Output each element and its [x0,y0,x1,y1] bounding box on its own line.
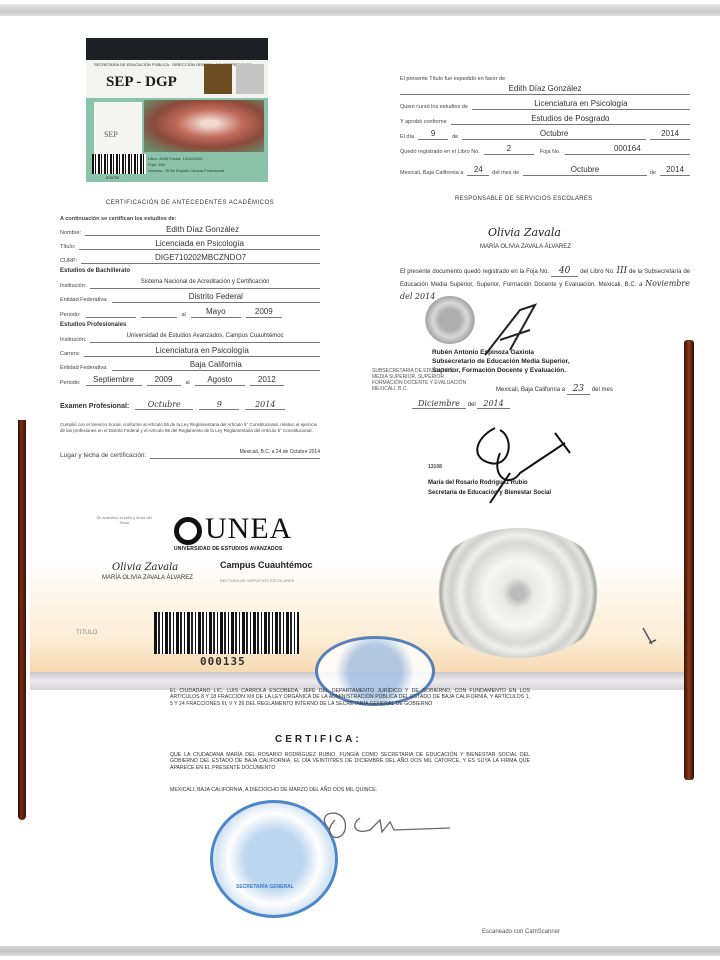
prof-to-year: 2012 [250,374,284,386]
aprobo-row: Y aprobó conforme Estudios de Posgrado [400,112,690,125]
examen-month: Octubre [135,400,193,410]
prof-institucion-row: Institución: Universidad de Estudios Ava… [60,331,320,343]
bach-to-month: Mayo [191,306,241,318]
prof-entidad-value: Baja California [112,359,320,371]
bachillerato-heading: Estudios de Bachillerato [60,268,320,274]
lugar-anio: 2014 [660,164,690,176]
prof-from-month: Septiembre [86,374,142,386]
curp-label: CURP: [60,258,77,264]
bach-from-month [86,317,136,318]
bach-entidad-value: Distrito Federal [112,291,320,303]
prof-periodo-row: Periodo: Septiembre 2009 al Agosto 2012 [60,373,320,386]
lugar-row: Mexicali, Baja California a 24 del mes d… [400,163,690,176]
lugar-row: Lugar y fecha de certificación: Mexicali… [60,445,320,459]
titulo-label: Título: [60,244,75,250]
institucion-label: Institución: [60,283,86,289]
libro-value: 2 [484,143,534,155]
carrera-row: Carrera: Licenciatura en Psicología [60,345,320,357]
servicio-social-note: Cumplió con el Servicio Social, conforme… [60,422,320,433]
bach-entidad-row: Entidad Federativa: Distrito Federal [60,291,320,303]
aprobo-value: Estudios de Posgrado [451,113,690,125]
barcode-icon [154,612,299,654]
registro-foja: 40 [551,266,578,277]
secretaria-name: María del Rosario Rodríguez Rubio [428,478,551,488]
entidad-label: Entidad Federativa: [60,297,108,303]
sep-dgp-label: SECRETARÍA DE EDUCACIÓN PÚBLICA · DIRECC… [86,38,268,182]
expedido-row: Edith Díaz González [400,82,690,95]
responsable-name: MARÍA OLIVIA ZAVALA ÁLVAREZ [480,244,571,250]
registro-text: Mexicali, B.C. a [599,282,643,288]
prof-entidad-row: Entidad Federativa: Baja California [60,359,320,371]
lugar-label: Lugar y fecha de certificación: [60,452,146,459]
registro-text: del Libro No. [580,269,614,275]
sep-title: SEP - DGP [106,74,177,91]
unea-wordmark: UNEA [205,512,292,546]
apostille-body: Que la ciudadana María del Rosario Rodrí… [170,752,530,771]
examen-label: Examen Profesional: [60,403,129,410]
curp-row: CURP: DIGE710202MBCZNDO7 [60,252,320,264]
sep-info-line: Número: 78 Se Expidió Cédula Profesional [148,168,264,174]
examen-row: Examen Profesional: Octubre 9 2014 [60,396,320,410]
subsecretario-title: Subsecretario de Educación Media Superio… [432,357,570,366]
prof-institucion-value: Universidad de Estudios Avanzados, Campu… [90,331,320,343]
titulo-label: TITULO [76,630,97,636]
bach-periodo-row: Periodo: al Mayo 2009 [60,305,320,318]
prof-from-year: 2009 [147,374,181,386]
viewer-frame-bottom [0,946,720,956]
secretaria-block: María del Rosario Rodríguez Rubio Secret… [428,478,551,498]
sep-black-strip [86,38,268,60]
carrera-value: Licenciatura en Psicología [84,345,320,357]
foja-value: 000164 [565,143,690,155]
libro-row: Quedó registrado en el Libro No. 2 Foja … [400,142,690,155]
autorizacion-date-2: Diciembre del 2014 [412,398,720,411]
mural-image [144,100,264,152]
unea-flower-icon [174,517,202,545]
estudios-value: Licenciatura en Psicología [472,98,690,110]
entidad-label: Entidad Federativa: [60,365,108,371]
seal-text: SECRETARÍA GENERAL [236,884,294,890]
sep-logo-text: SEP [104,130,118,139]
nombre-value: Edith Díaz González [85,224,320,236]
lugar-anio-label: de [650,170,656,176]
apostille-closing: Mexicali, Baja California, a dieciocho d… [170,787,377,793]
lugar-value: Mexicali, B.C. a 24 de Octubre 2014 [150,447,320,459]
lugar-mes: Octubre [523,164,647,176]
unea-signer-role: RECTORA DE SERVICIOS ESCOLARES [220,578,294,583]
subsecretaria-stamp: SUBSECRETARÍA DE EDUCACIÓN MEDIA SUPERIO… [372,368,466,392]
titulo-row: Título: Licenciada en Psicología [60,238,320,250]
autorizacion-mes: Diciembre [412,399,466,409]
lugar-label: Mexicali, Baja California a [400,170,463,176]
nombre-label: Nombre: [60,230,81,236]
campus-name: Campus Cuauhtémoc [220,560,313,570]
embossed-seal-icon [428,528,608,658]
periodo-sep: al [186,380,190,386]
certification-heading: CERTIFICACIÓN DE ANTECEDENTES ACADÉMICOS [60,200,320,206]
pen-mark-icon [640,626,660,648]
hologram-icon [204,64,232,94]
responsable-heading: RESPONSABLE DE SERVICIOS ESCOLARES [455,196,592,202]
certification-intro: A continuación se certifican los estudio… [60,216,320,222]
unea-signer: MARÍA OLIVIA ZAVALA ÁLVAREZ [102,575,193,581]
lugar-mes-label: del mes de [492,170,519,176]
registro-text: El presente documento quedó registrado e… [400,269,549,275]
signature-jefe [290,800,460,850]
estudios-label: Quien cursó los estudios de [400,104,468,110]
dia-label: El día [400,134,414,140]
expedido-value: Edith Díaz González [400,83,690,95]
stamp-line: MEXICALI, B.C. [372,386,466,392]
anio-value: 2014 [650,128,690,140]
autorizacion-date: Mexicali, Baja California a 23 del mes [496,384,720,396]
autorizacion-dia: 23 [567,384,590,395]
foja-label: Foja No. [540,149,561,155]
apostille-intro: El ciudadano Lic. Luis Carrola Escobeda,… [170,688,530,707]
sep-barcode-number: 976792 [106,175,119,180]
autorizacion-anio: 2014 [477,399,509,409]
de-label: de [452,134,458,140]
bach-institucion-value: Sistema Nacional de Acreditación y Certi… [90,277,320,289]
estudios-row: Quien cursó los estudios de Licenciatura… [400,97,690,110]
curp-value: DIGE710202MBCZNDO7 [81,252,320,264]
nombre-row: Nombre: Edith Díaz González [60,224,320,236]
bach-to-year: 2009 [246,306,282,318]
hologram-icon [236,64,264,94]
fecha-row: El día 9 de Octubre 2014 [400,127,690,140]
periodo-label: Periodo: [60,312,81,318]
autorizacion-text: Mexicali, Baja California a [496,387,565,393]
lugar-dia: 24 [467,164,489,176]
national-seal-icon [425,296,475,344]
scan-credit: Escaneado con CamScanner [482,929,560,935]
aprobo-label: Y aprobó conforme [400,119,447,125]
carrera-label: Carrera: [60,351,80,357]
subsecretario-name: Rubén Antonio Espinoza Gaxiola [432,348,570,357]
bach-from-year [141,317,177,318]
profesionales-heading: Estudios Profesionales [60,322,320,328]
sep-info: Libro: 4439 Fecha: 13/10/2015 Foja: 106 … [148,156,264,174]
secretaria-code: 13108 [428,464,442,470]
mes-value: Octubre [462,128,646,140]
barcode-icon [92,154,146,174]
responsable-signature: Olivia Zavala [488,226,561,239]
unea-full-name: UNIVERSIDAD DE ESTUDIOS AVANZADOS [174,546,282,552]
autorizacion-text: del mes [592,387,613,393]
titulo-number: 000135 [200,655,246,668]
examen-day: 9 [199,400,239,410]
libro-label: Quedó registrado en el Libro No. [400,149,480,155]
examen-year: 2014 [245,400,285,410]
cover-edge-left [18,420,26,820]
title-record: El presente Título fue expedido en favor… [400,76,690,178]
autorizacion-text: del [468,402,476,408]
dia-value: 9 [418,128,448,140]
unea-signature: Olivia Zavala [112,562,178,573]
registro-libro: III [617,266,628,276]
certifica-heading: CERTIFICA: [275,734,362,745]
sep-logo [94,102,142,154]
viewer-frame-top [0,4,720,16]
prof-to-month: Agosto [195,374,245,386]
academic-certification: CERTIFICACIÓN DE ANTECEDENTES ACADÉMICOS… [60,200,320,459]
institucion-label: Institución: [60,337,86,343]
secretaria-title: Secretaria de Educación y Bienestar Soci… [428,488,551,498]
titulo-value: Licenciada en Psicología [79,238,320,250]
periodo-sep: al [182,312,186,318]
bach-institucion-row: Institución: Sistema Nacional de Acredit… [60,277,320,289]
unea-note: Se autenticó el sello y firma del Título [94,515,154,525]
periodo-label: Periodo: [60,380,81,386]
